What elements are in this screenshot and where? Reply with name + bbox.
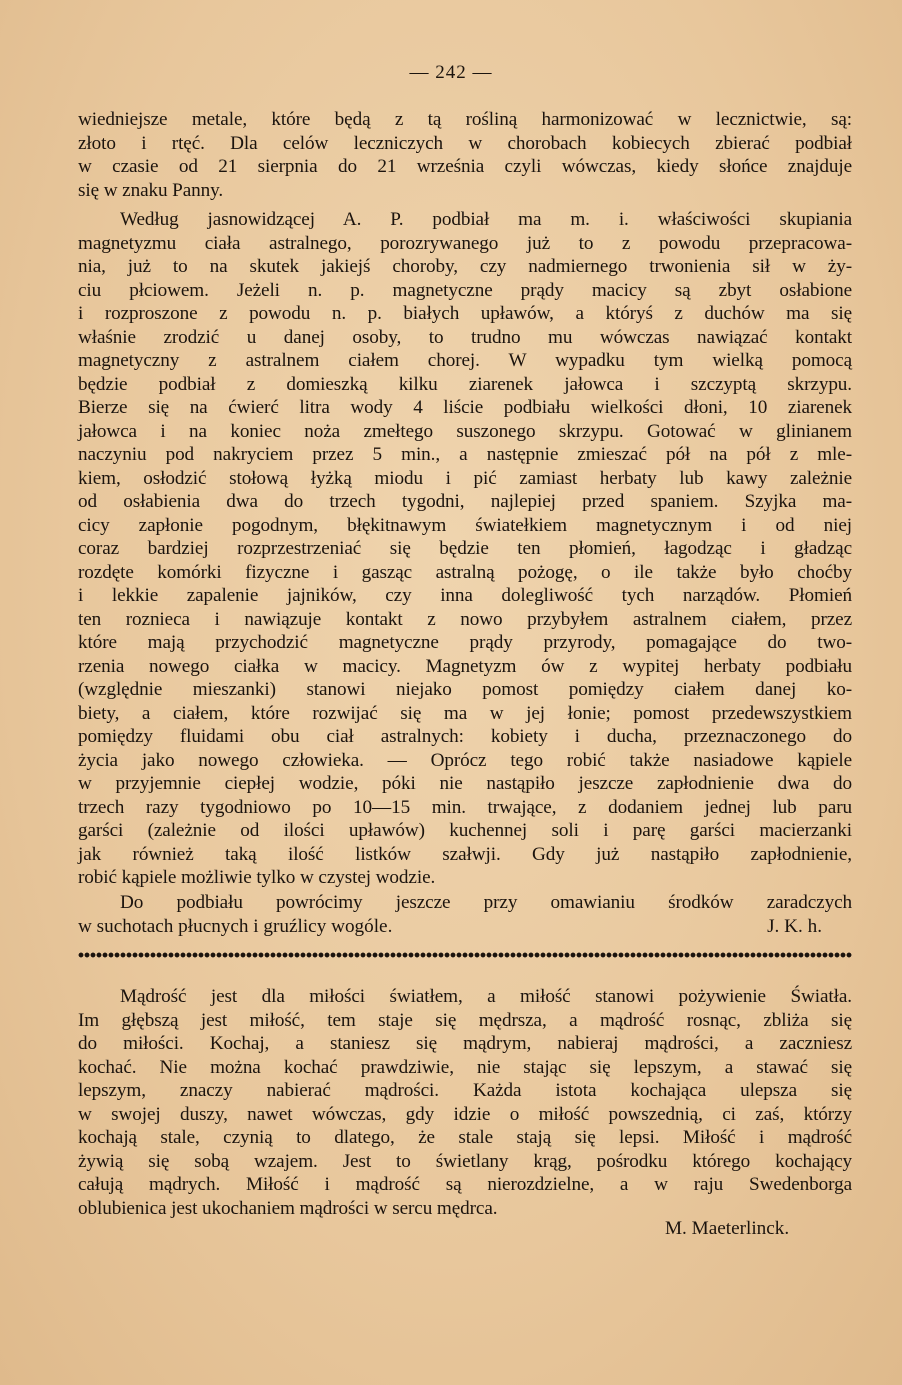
text-line: się w znaku Panny. xyxy=(78,179,852,203)
text-line: jak również taką ilość listków szałwji. … xyxy=(78,843,852,867)
text-line: w swojej duszy, nawet wówczas, gdy idzie… xyxy=(78,1103,852,1127)
text-line: magnetyzmu ciała astralnego, porozrywane… xyxy=(78,232,852,256)
text-line: trzech razy tygodniowo po 10—15 min. trw… xyxy=(78,796,852,820)
text-line: magnetyczny z astralnem ciałem chorej. W… xyxy=(78,349,852,373)
dotted-divider xyxy=(78,952,852,958)
text-line: które mają przychodzić magnetyczne prądy… xyxy=(78,631,852,655)
text-line: cicy zapłonie pogodnym, błękitnawym świa… xyxy=(78,514,852,538)
text-line: garści (zależnie od ilości upławów) kuch… xyxy=(78,819,852,843)
text-line: Według jasnowidzącej A. P. podbiał ma m.… xyxy=(78,208,852,232)
text-line: złoto i rtęć. Dla celów leczniczych w ch… xyxy=(78,132,852,156)
text-line: od osłabienia dwa do trzech tygodni, naj… xyxy=(78,490,852,514)
text-line: Mądrość jest dla miłości światłem, a mił… xyxy=(78,985,852,1009)
text-line: właśnie zrodzić u danej osoby, to trudno… xyxy=(78,326,852,350)
text-line: w suchotach płucnych i gruźlicy wogóle. xyxy=(78,915,392,939)
closing-line: w suchotach płucnych i gruźlicy wogóle. … xyxy=(78,915,852,939)
text-line: pomiędzy fluidami obu ciał astralnych: k… xyxy=(78,725,852,749)
text-line: nia, już to na skutek jakiejś choroby, c… xyxy=(78,255,852,279)
signature: J. K. h. xyxy=(767,915,852,939)
text-line: lepszym, znaczy nabierać mądrości. Każda… xyxy=(78,1079,852,1103)
quote-paragraph: Mądrość jest dla miłości światłem, a mił… xyxy=(78,985,852,1220)
text-line: kiem, osłodzić stołową łyżką miodu i pić… xyxy=(78,467,852,491)
text-line: (względnie mieszanki) stanowi niejako po… xyxy=(78,678,852,702)
text-line: całują mądrych. Miłość i mądrość są nier… xyxy=(78,1173,852,1197)
paragraph-2: Według jasnowidzącej A. P. podbiał ma m.… xyxy=(78,208,852,890)
paragraph-1: wiedniejsze metale, które będą z tą rośl… xyxy=(78,108,852,202)
text-line: Im głębszą jest miłość, tem staje się mę… xyxy=(78,1009,852,1033)
text-line: wiedniejsze metale, które będą z tą rośl… xyxy=(78,108,852,132)
text-line: robić kąpiele możliwie tylko w czystej w… xyxy=(78,866,852,890)
text-line: i lekkie zapalenie jajników, czy inna do… xyxy=(78,584,852,608)
text-line: do miłości. Kochaj, a staniesz się mądry… xyxy=(78,1032,852,1056)
text-line: oblubienica jest ukochaniem mądrości w s… xyxy=(78,1197,852,1221)
text-line: jałowca i na koniec noża zmełtego suszon… xyxy=(78,420,852,444)
text-line: Bierze się na ćwierć litra wody 4 liście… xyxy=(78,396,852,420)
page-number: — 242 — xyxy=(0,62,902,84)
text-line: i rozproszone z powodu n. p. białych upł… xyxy=(78,302,852,326)
text-line: Do podbiału powrócimy jeszcze przy omawi… xyxy=(78,891,852,915)
text-line: biety, a ciałem, które rozwijać się ma w… xyxy=(78,702,852,726)
text-line: coraz bardziej rozprzestrzeniać się będz… xyxy=(78,537,852,561)
paragraph-3: Do podbiału powrócimy jeszcze przy omawi… xyxy=(78,891,852,938)
text-line: ciu płciowem. Jeżeli n. p. magnetyczne p… xyxy=(78,279,852,303)
text-line: w przyjemnie ciepłej wodzie, póki nie na… xyxy=(78,772,852,796)
text-line: będzie podbiał z domieszką kilku ziarene… xyxy=(78,373,852,397)
text-line: życia jako nowego człowieka. — Oprócz te… xyxy=(78,749,852,773)
text-line: rzenia nowego ciałka w macicy. Magnetyzm… xyxy=(78,655,852,679)
text-line: rozdęte komórki fizyczne i gasząc astral… xyxy=(78,561,852,585)
text-line: naczyniu pod nakryciem przez 5 min., a n… xyxy=(78,443,852,467)
text-line: ten roznieca i nawiązuje kontakt z nowo … xyxy=(78,608,852,632)
text-line: kochać. Nie można kochać prawdziwie, nie… xyxy=(78,1056,852,1080)
quote-author: M. Maeterlinck. xyxy=(665,1218,789,1240)
text-line: żywią się sobą wzajem. Jest to świetlany… xyxy=(78,1150,852,1174)
text-line: kochają stale, czynią to dlatego, że sta… xyxy=(78,1126,852,1150)
text-line: w czasie od 21 sierpnia do 21 września c… xyxy=(78,155,852,179)
